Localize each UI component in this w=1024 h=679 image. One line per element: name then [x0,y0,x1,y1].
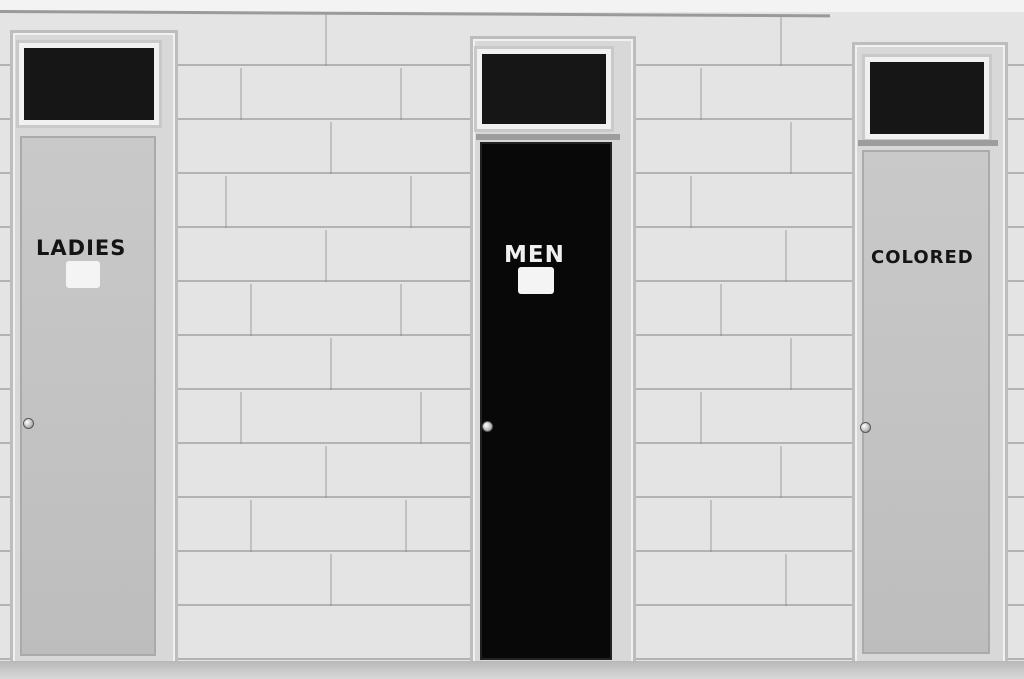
sign-colored: COLORED [871,247,974,268]
door-ladies[interactable]: LADIES [20,136,156,656]
notice-men [518,267,554,294]
door-men[interactable]: MEN [480,142,612,660]
transom-glass [482,54,606,124]
door-colored[interactable]: COLORED [862,150,990,654]
photograph: LADIES MEN COLORED [0,0,1024,679]
ground [0,661,1024,679]
door-knob-colored[interactable] [860,422,871,433]
transom-glass [24,48,154,120]
sign-men: MEN [504,242,565,268]
door-knob-men[interactable] [482,421,493,432]
transom-window-ladies [16,40,162,128]
transom-sill-colored [858,140,998,146]
sign-ladies: LADIES [36,236,126,260]
transom-glass [870,62,984,134]
transom-sill-men [476,134,620,140]
transom-window-men [474,46,614,132]
door-knob-ladies[interactable] [23,418,34,429]
transom-window-colored [862,54,992,142]
notice-ladies [66,261,100,288]
